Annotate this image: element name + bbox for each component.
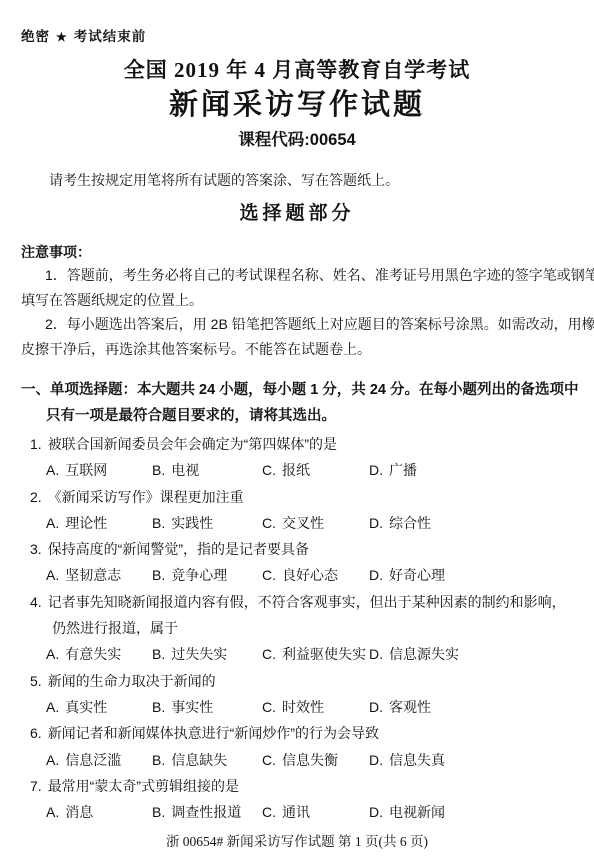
option-item: A.信息泛滥 (46, 747, 152, 773)
option-item: D.广播 (369, 457, 573, 483)
option-label: B. (152, 804, 165, 820)
question-stem-row: 3.保持高度的“新闻警觉”，指的是记者要具备 (21, 536, 573, 562)
question-number: 6. (30, 725, 42, 741)
option-item: A.有意失实 (46, 641, 152, 667)
option-text: 好奇心理 (389, 567, 445, 583)
question-stem: 《新闻采访写作》课程更加注重 (48, 489, 244, 505)
option-label: B. (152, 699, 165, 715)
question-number: 5. (30, 673, 42, 689)
option-item: D.信息源失实 (369, 641, 573, 667)
question-stem: 记者事先知晓新闻报道内容有假，不符合客观事实，但出于某种因素的制约和影响， (48, 594, 566, 610)
option-label: D. (369, 462, 383, 478)
option-label: C. (262, 646, 276, 662)
option-label: C. (262, 515, 276, 531)
option-label: A. (46, 646, 59, 662)
option-text: 电视新闻 (389, 804, 445, 820)
option-label: A. (46, 515, 59, 531)
question-stem-row: 7.最常用“蒙太奇”式剪辑组接的是 (21, 773, 573, 799)
option-text: 利益驱使失实 (282, 646, 366, 662)
option-item: B.事实性 (152, 694, 262, 720)
page-footer: 浙 00654# 新闻采访写作试题 第 1 页(共 6 页) (0, 833, 594, 851)
option-text: 通讯 (282, 804, 310, 820)
secrecy-label: 绝密 (21, 29, 50, 44)
option-item: A.理论性 (46, 510, 152, 536)
option-label: D. (369, 752, 383, 768)
option-item: A.坚韧意志 (46, 562, 152, 588)
option-text: 坚韧意志 (65, 567, 121, 583)
question-stem-row: 4.记者事先知晓新闻报道内容有假，不符合客观事实，但出于某种因素的制约和影响， (21, 589, 573, 615)
option-item: D.好奇心理 (369, 562, 573, 588)
option-text: 信息泛滥 (65, 752, 121, 768)
option-label: D. (369, 567, 383, 583)
option-label: C. (262, 752, 276, 768)
option-text: 广播 (389, 462, 417, 478)
questions-list: 1.被联合国新闻委员会年会确定为“第四媒体”的是A.互联网B.电视C.报纸D.广… (21, 431, 573, 825)
option-label: D. (369, 699, 383, 715)
part-heading-line: 一、单项选择题：本大题共 24 小题，每小题 1 分，共 24 分。在每小题列出… (21, 377, 573, 403)
question-stem-row: 6.新闻记者和新闻媒体执意进行“新闻炒作”的行为会导致 (21, 720, 573, 746)
question-stem: 新闻的生命力取决于新闻的 (48, 673, 216, 689)
option-text: 电视 (171, 462, 199, 478)
option-item: B.过失失实 (152, 641, 262, 667)
option-item: D.信息失真 (369, 747, 573, 773)
option-item: C.利益驱使失实 (262, 641, 369, 667)
star-icon: ★ (50, 30, 74, 44)
question-stem: 被联合国新闻委员会年会确定为“第四媒体”的是 (48, 436, 337, 452)
note-line: 填写在答题纸规定的位置上。 (21, 288, 573, 313)
option-item: A.互联网 (46, 457, 152, 483)
part-heading-line: 只有一项是最符合题目要求的，请将其选出。 (21, 403, 573, 429)
option-text: 理论性 (65, 515, 107, 531)
question-stem: 新闻记者和新闻媒体执意进行“新闻炒作”的行为会导致 (48, 725, 379, 741)
question-number: 7. (30, 778, 42, 794)
option-text: 互联网 (65, 462, 107, 478)
question-stem-continuation: 仍然进行报道，属于 (21, 615, 573, 641)
option-label: C. (262, 699, 276, 715)
option-label: C. (262, 804, 276, 820)
answer-instruction: 请考生按规定用笔将所有试题的答案涂、写在答题纸上。 (21, 169, 573, 191)
option-label: B. (152, 567, 165, 583)
question-options-row: A.互联网B.电视C.报纸D.广播 (21, 457, 573, 483)
option-label: B. (152, 515, 165, 531)
option-label: C. (262, 567, 276, 583)
course-code: 课程代码:00654 (21, 128, 573, 152)
option-item: A.消息 (46, 799, 152, 825)
question-options-row: A.真实性B.事实性C.时效性D.客观性 (21, 694, 573, 720)
option-item: B.调查性报道 (152, 799, 262, 825)
question-options-row: A.信息泛滥B.信息缺失C.信息失衡D.信息失真 (21, 747, 573, 773)
option-item: C.交叉性 (262, 510, 369, 536)
option-text: 事实性 (171, 699, 213, 715)
option-label: A. (46, 699, 59, 715)
secrecy-timing: 考试结束前 (74, 29, 147, 44)
notes-heading: 注意事项： (21, 241, 573, 263)
option-item: D.客观性 (369, 694, 573, 720)
section-title: 选择题部分 (21, 199, 573, 229)
option-item: B.竞争心理 (152, 562, 262, 588)
option-item: D.电视新闻 (369, 799, 573, 825)
exam-paper-page: 绝密★考试结束前 全国 2019 年 4 月高等教育自学考试 新闻采访写作试题 … (0, 0, 594, 867)
option-label: D. (369, 804, 383, 820)
option-text: 消息 (65, 804, 93, 820)
option-item: A.真实性 (46, 694, 152, 720)
option-label: B. (152, 646, 165, 662)
note-line: 2．每小题选出答案后，用 2B 铅笔把答题纸上对应题目的答案标号涂黑。如需改动，… (21, 312, 573, 337)
option-item: C.报纸 (262, 457, 369, 483)
option-label: B. (152, 752, 165, 768)
option-item: C.时效性 (262, 694, 369, 720)
question-options-row: A.消息B.调查性报道C.通讯D.电视新闻 (21, 799, 573, 825)
question-stem-row: 2.《新闻采访写作》课程更加注重 (21, 484, 573, 510)
question-stem: 最常用“蒙太奇”式剪辑组接的是 (48, 778, 239, 794)
note-line: 皮擦干净后，再选涂其他答案标号。不能答在试题卷上。 (21, 337, 573, 362)
secrecy-banner: 绝密★考试结束前 (21, 28, 573, 46)
option-text: 实践性 (171, 515, 213, 531)
question-number: 4. (30, 594, 42, 610)
option-item: C.通讯 (262, 799, 369, 825)
question-stem: 保持高度的“新闻警觉”，指的是记者要具备 (48, 541, 309, 557)
option-text: 信息源失实 (389, 646, 459, 662)
option-text: 良好心态 (282, 567, 338, 583)
option-text: 真实性 (65, 699, 107, 715)
paper-title: 新闻采访写作试题 (21, 86, 573, 124)
option-text: 信息失衡 (282, 752, 338, 768)
option-text: 竞争心理 (171, 567, 227, 583)
option-text: 交叉性 (282, 515, 324, 531)
option-label: C. (262, 462, 276, 478)
question-number: 3. (30, 541, 42, 557)
note-line: 1．答题前，考生务必将自己的考试课程名称、姓名、准考证号用黑色字迹的签字笔或钢笔 (21, 263, 573, 288)
option-label: A. (46, 462, 59, 478)
option-label: B. (152, 462, 165, 478)
question-number: 2. (30, 489, 42, 505)
option-text: 时效性 (282, 699, 324, 715)
option-text: 信息缺失 (171, 752, 227, 768)
option-text: 报纸 (282, 462, 310, 478)
option-item: D.综合性 (369, 510, 573, 536)
question-options-row: A.有意失实B.过失失实C.利益驱使失实D.信息源失实 (21, 641, 573, 667)
exam-title: 全国 2019 年 4 月高等教育自学考试 (21, 57, 573, 83)
option-text: 信息失真 (389, 752, 445, 768)
option-item: B.电视 (152, 457, 262, 483)
option-text: 过失失实 (171, 646, 227, 662)
option-item: B.信息缺失 (152, 747, 262, 773)
option-label: A. (46, 804, 59, 820)
question-number: 1. (30, 436, 42, 452)
question-stem-row: 5.新闻的生命力取决于新闻的 (21, 668, 573, 694)
option-text: 客观性 (389, 699, 431, 715)
question-options-row: A.理论性B.实践性C.交叉性D.综合性 (21, 510, 573, 536)
option-label: A. (46, 752, 59, 768)
option-text: 有意失实 (65, 646, 121, 662)
question-stem-row: 1.被联合国新闻委员会年会确定为“第四媒体”的是 (21, 431, 573, 457)
option-label: A. (46, 567, 59, 583)
option-item: B.实践性 (152, 510, 262, 536)
option-item: C.信息失衡 (262, 747, 369, 773)
option-text: 调查性报道 (171, 804, 241, 820)
option-label: D. (369, 646, 383, 662)
question-options-row: A.坚韧意志B.竞争心理C.良好心态D.好奇心理 (21, 562, 573, 588)
option-label: D. (369, 515, 383, 531)
option-text: 综合性 (389, 515, 431, 531)
option-item: C.良好心态 (262, 562, 369, 588)
